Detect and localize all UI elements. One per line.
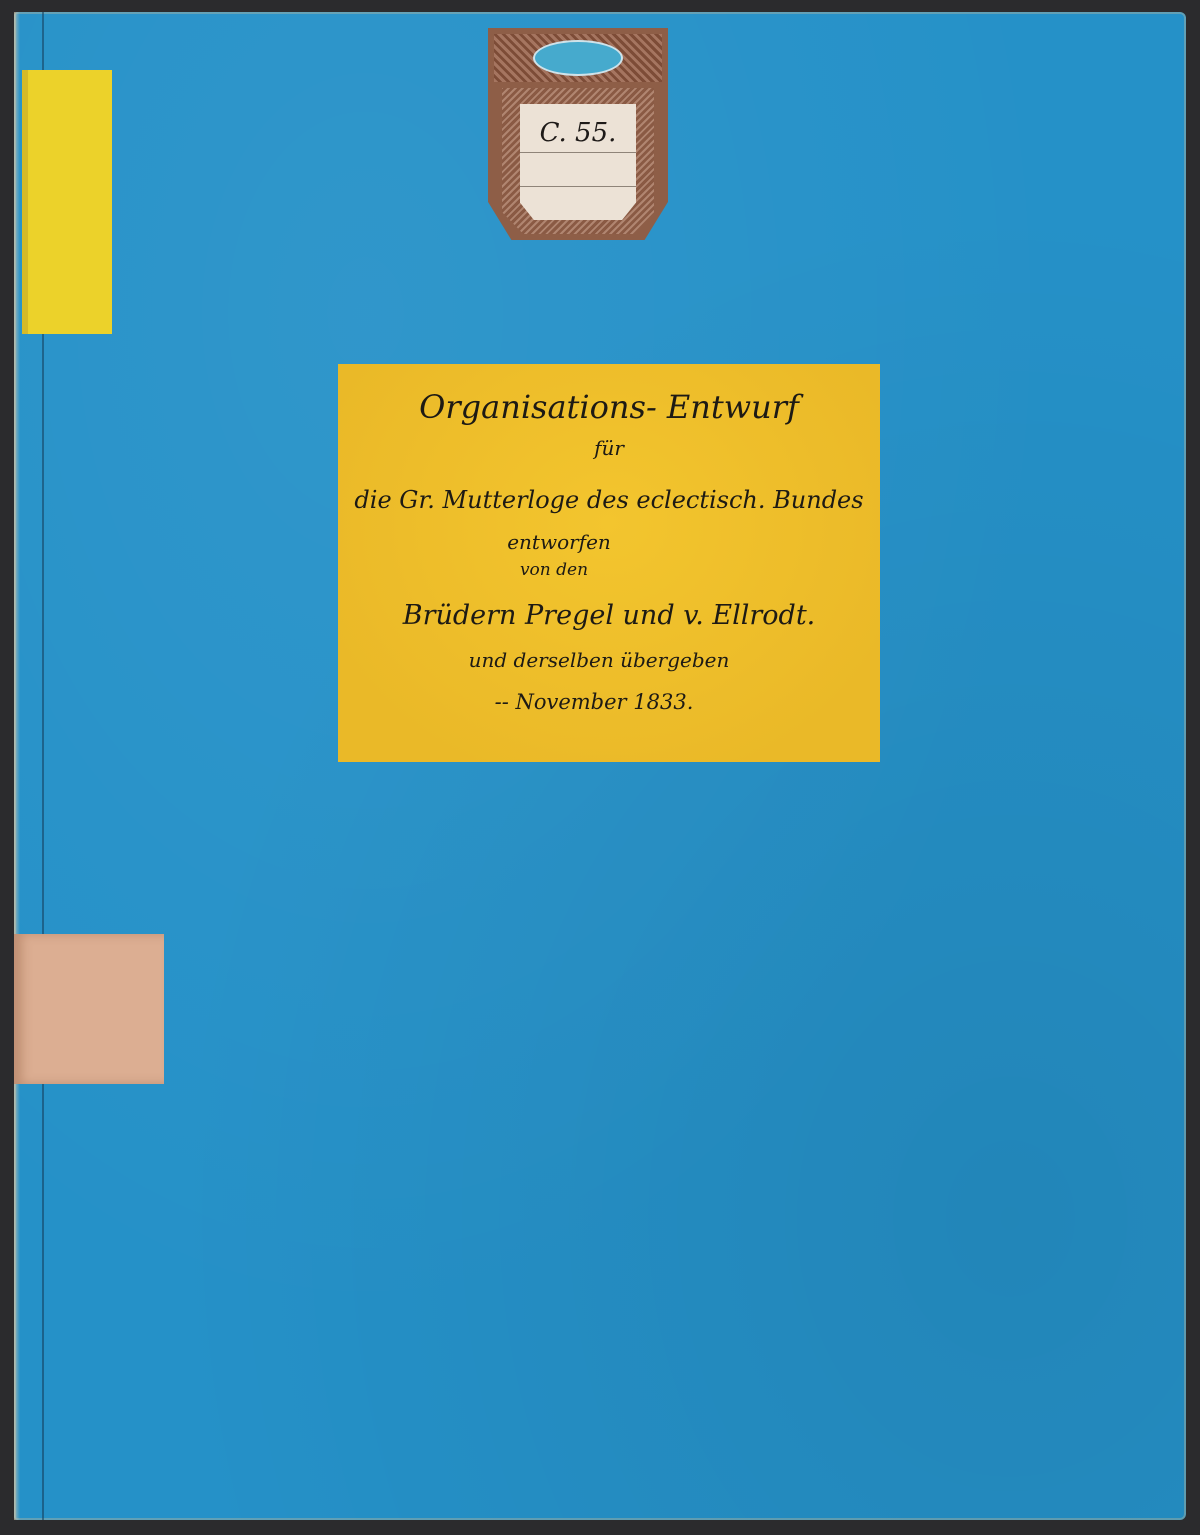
shelf-mark-label: C. 55. bbox=[488, 28, 668, 240]
title-line: entworfen bbox=[238, 530, 880, 554]
title-line: von den bbox=[228, 560, 880, 580]
title-line: für bbox=[338, 436, 880, 460]
spine-tan-patch bbox=[14, 934, 164, 1084]
title-line: die Gr. Mutterloge des eclectisch. Bunde… bbox=[338, 486, 880, 514]
label-oval-cartouche bbox=[535, 42, 621, 74]
title-line: -- November 1833. bbox=[308, 690, 880, 714]
label-rule bbox=[520, 186, 636, 187]
title-line: und derselben übergeben bbox=[318, 648, 880, 672]
shelf-mark-text: C. 55. bbox=[520, 118, 636, 148]
spine-edge bbox=[14, 12, 20, 1520]
label-writing-area: C. 55. bbox=[520, 104, 636, 220]
spine-yellow-tab bbox=[22, 70, 112, 334]
title-line: Organisations- Entwurf bbox=[338, 388, 880, 426]
title-line: Brüdern Pregel und v. Ellrodt. bbox=[338, 600, 880, 631]
label-rule bbox=[520, 152, 636, 153]
title-label: Organisations- Entwurf für die Gr. Mutte… bbox=[338, 364, 880, 762]
